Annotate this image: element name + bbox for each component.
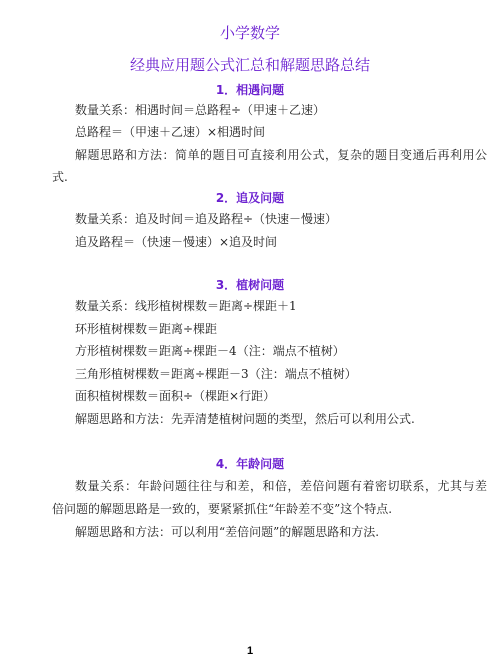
text-line: 数量关系：追及时间＝追及路程÷（快速－慢速） — [75, 210, 337, 227]
document-subtitle: 经典应用题公式汇总和解题思路总结 — [0, 54, 500, 75]
text-line: 数量关系：年龄问题往往与和差，和倍，差倍问题有着密切联系，尤其与差 — [75, 477, 488, 494]
text-line: 环形植树棵数＝距离÷棵距 — [75, 320, 217, 337]
text-line: 解题思路和方法：可以利用“差倍问题”的解题思路和方法. — [75, 523, 379, 540]
text-line: 追及路程＝（快速－慢速）×追及时间 — [75, 233, 277, 250]
text-line: 三角形植树棵数＝距离÷棵距－3（注：端点不植树） — [75, 365, 357, 382]
text-line: 解题思路和方法：先弄清楚植树问题的类型，然后可以利用公式. — [75, 410, 415, 427]
text-line: 总路程＝（甲速＋乙速）×相遇时间 — [75, 123, 265, 140]
section-heading-tree-planting: 3．植树问题 — [0, 276, 500, 293]
section-heading-meeting: 1．相遇问题 — [0, 81, 500, 98]
text-line: 倍问题的解题思路是一致的，要紧紧抓住“年龄差不变”这个特点. — [52, 500, 392, 517]
section-heading-age: 4．年龄问题 — [0, 455, 500, 472]
page-number: 1 — [0, 645, 500, 657]
document-title: 小学数学 — [0, 22, 500, 43]
text-line: 面积植树棵数＝面积÷（棵距×行距） — [75, 387, 275, 404]
text-line: 解题思路和方法：简单的题目可直接利用公式，复杂的题目变通后再利用公 — [75, 146, 488, 163]
text-line: 数量关系：相遇时间＝总路程÷（甲速＋乙速） — [75, 101, 325, 118]
text-line: 方形植树棵数＝距离÷棵距－4（注：端点不植树） — [75, 342, 345, 359]
text-line: 数量关系：线形植树棵数＝距离÷棵距＋1 — [75, 297, 297, 314]
section-heading-chase: 2．追及问题 — [0, 189, 500, 206]
text-line: 式. — [52, 168, 68, 185]
